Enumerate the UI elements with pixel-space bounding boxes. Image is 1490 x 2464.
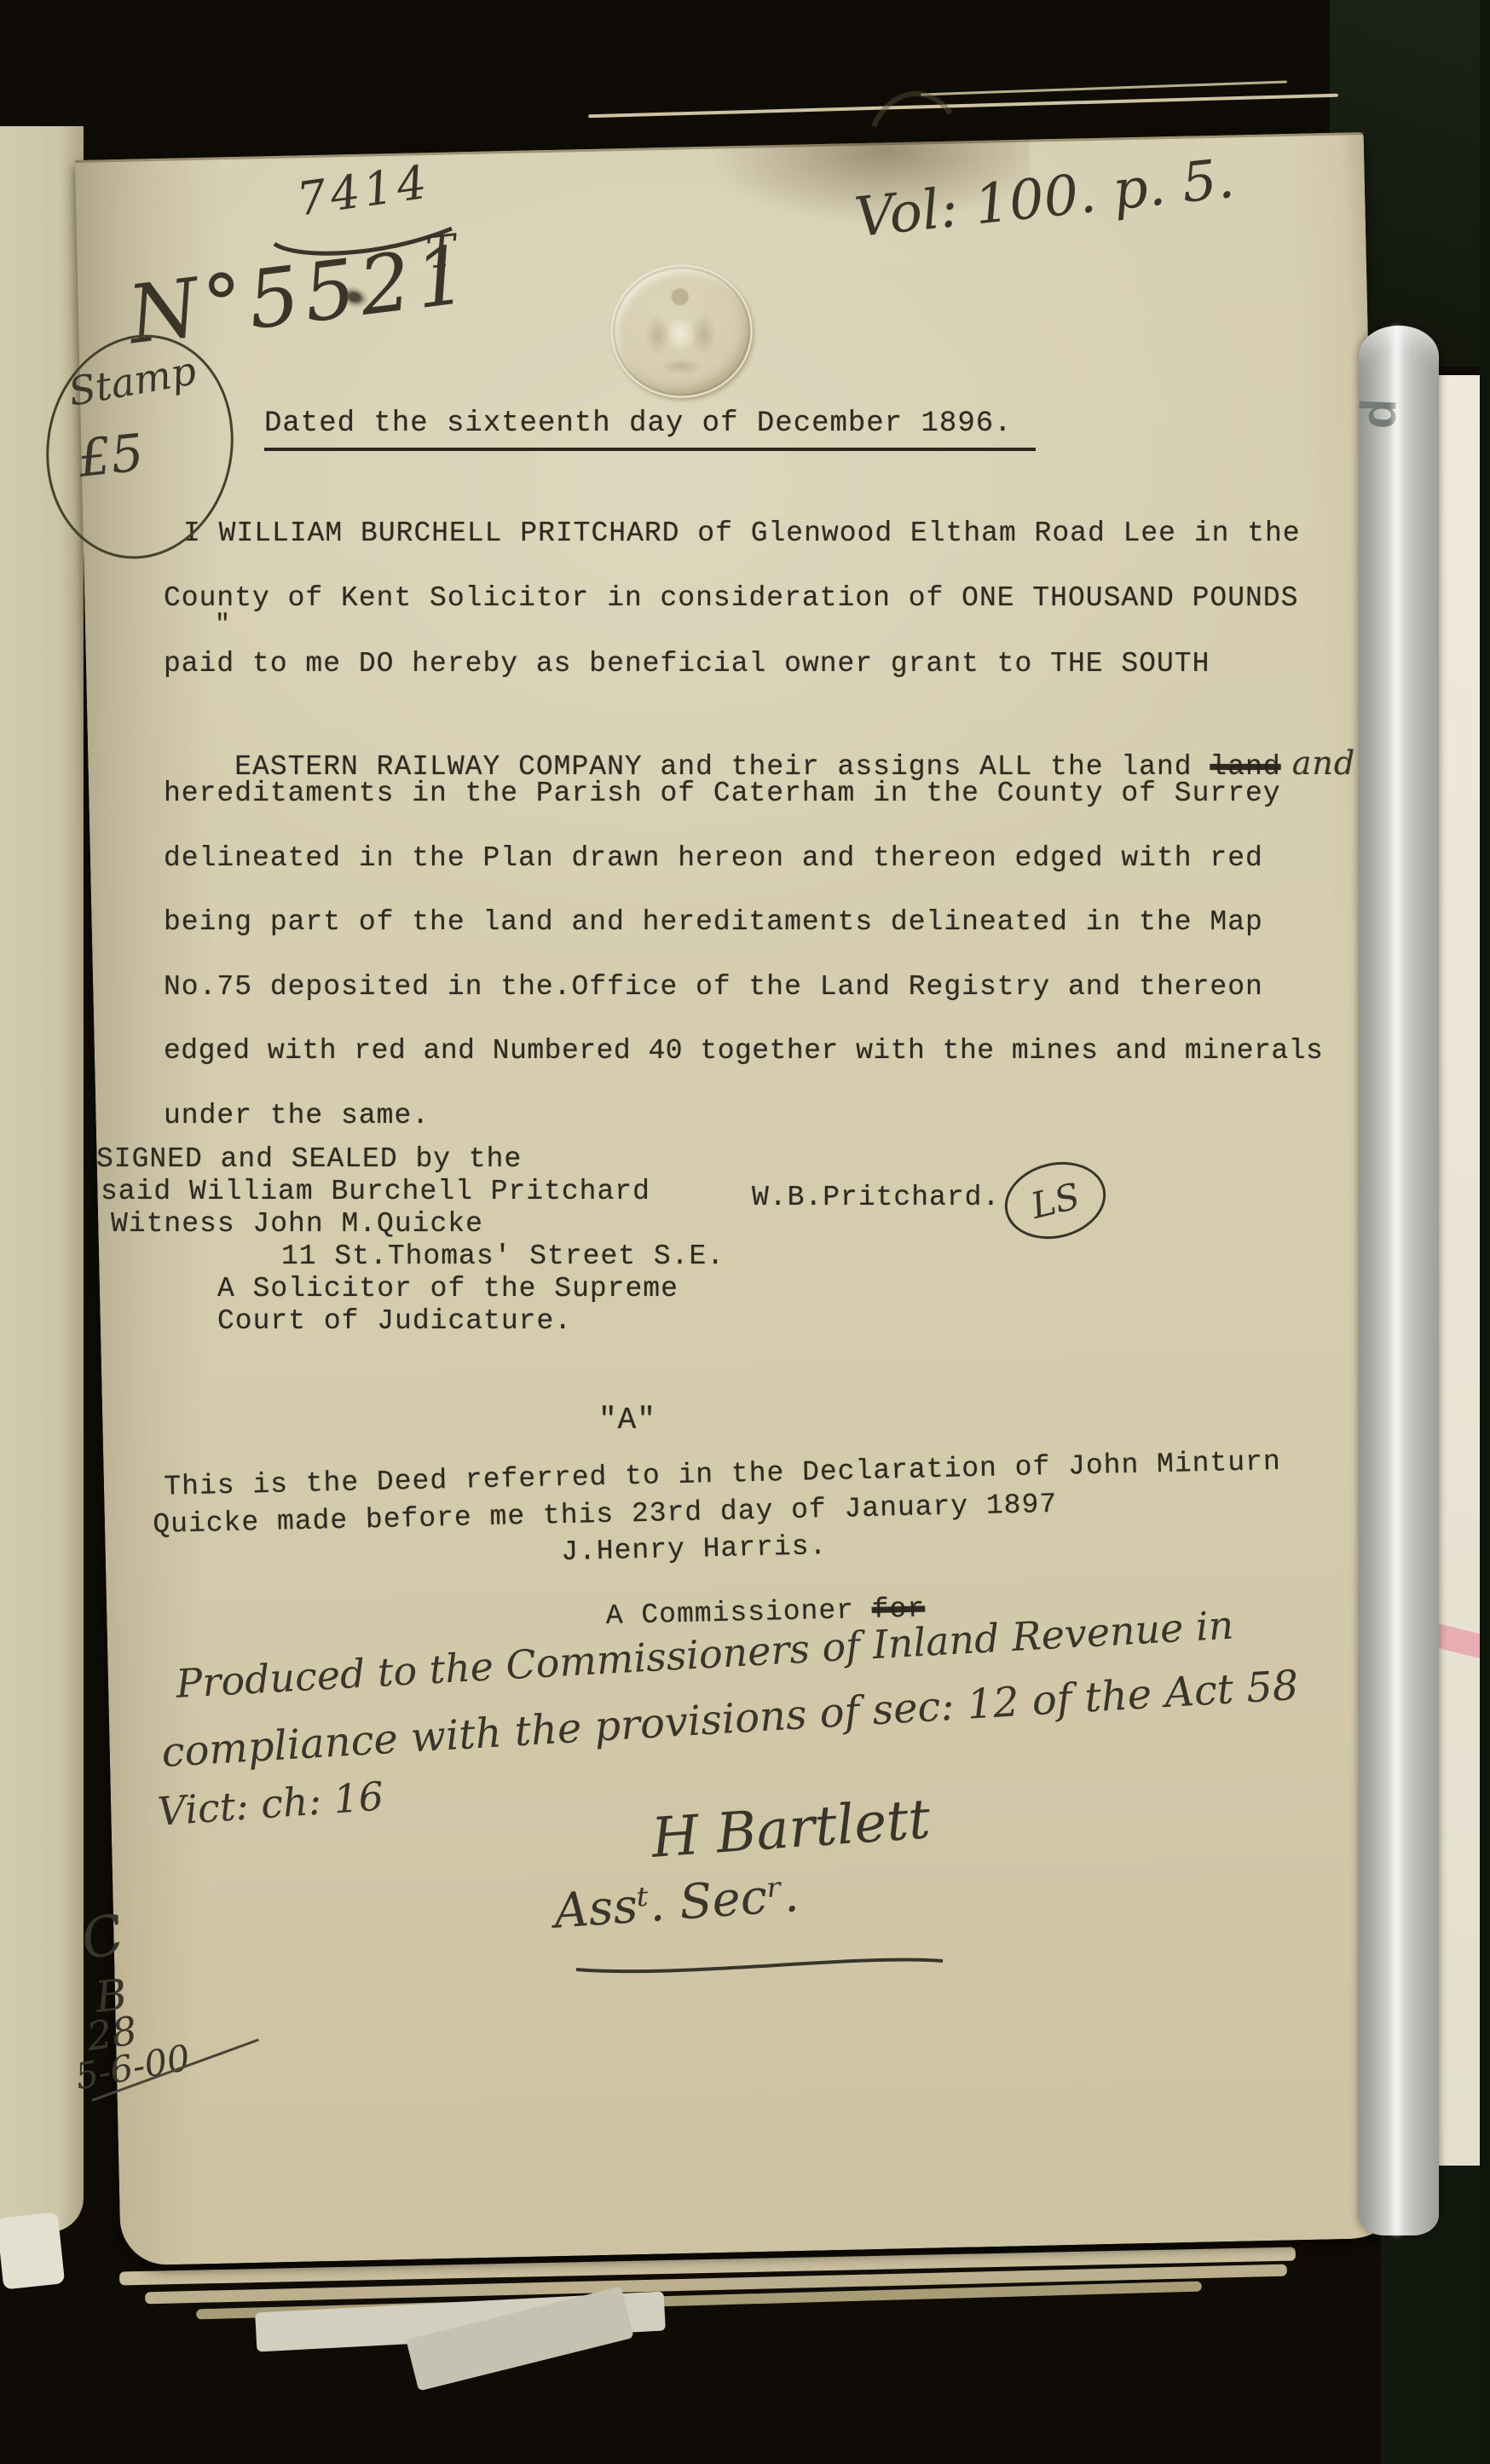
inserted-word-and: and	[1281, 744, 1356, 782]
declaration-block: This is the Deed referred to in the Decl…	[152, 1444, 1349, 1625]
book-cover-right-edge	[1480, 0, 1490, 2464]
declaration-line-1: This is the Deed referred to in the Decl…	[164, 1446, 1281, 1503]
deed-line-2: County of Kent Solicitor in consideratio…	[164, 582, 1298, 614]
attestation-line-5: A Solicitor of the Supreme	[217, 1273, 679, 1304]
grantor-signature: W.B.Pritchard.	[752, 1182, 1000, 1213]
ls-oval-seal-icon: LS	[996, 1152, 1114, 1249]
deed-line-6: delineated in the Plan drawn hereon and …	[164, 842, 1263, 874]
attestation-line-2: said William Burchell Pritchard	[101, 1176, 650, 1207]
attestation-line-6: Court of Judicature.	[217, 1305, 572, 1337]
deed-line-8: No.75 deposited in the.Office of the Lan…	[164, 971, 1263, 1003]
page-content: 7414 Vol: 100. p. 5. N°5521 T Stamp £5 D…	[0, 0, 1490, 2464]
heading-date-line: Dated the sixteenth day of December 1896…	[264, 408, 1036, 451]
deed-line-10: under the same.	[164, 1100, 430, 1131]
bartlett-title: Assᵗ. Secʳ.	[552, 1867, 800, 1940]
bartlett-signature: H Bartlett	[650, 1788, 933, 1871]
attestation-line-3: Witness John M.Quicke	[111, 1208, 483, 1240]
commissioner-signature: J.Henry Harris.	[561, 1530, 828, 1568]
type-correction-mark: ″	[215, 610, 231, 639]
volume-page-ref: Vol: 100. p. 5.	[852, 147, 1237, 250]
deed-line-9: edged with red and Numbered 40 together …	[164, 1035, 1323, 1067]
signature-flourish-underline	[573, 1951, 948, 1980]
seal-initials: LS	[1027, 1174, 1084, 1226]
exhibit-label: "A"	[598, 1403, 656, 1437]
deed-number-superscript: T	[424, 225, 459, 279]
attestation-line-4: 11 St.Thomas' Street S.E.	[281, 1241, 725, 1272]
deed-line-7: being part of the land and hereditaments…	[164, 906, 1263, 938]
attestation-line-1: SIGNED and SEALED by the	[96, 1143, 522, 1175]
deed-line-5: hereditaments in the Parish of Caterham …	[164, 778, 1281, 809]
revenue-note-line-3: Vict: ch: 16	[156, 1773, 385, 1834]
deed-line-1: I WILLIAM BURCHELL PRITCHARD of Glenwood…	[183, 518, 1301, 549]
deed-line-3: paid to me DO hereby as beneficial owner…	[164, 648, 1210, 680]
ref-number: 7414	[293, 154, 434, 226]
margin-fragment: C	[76, 1903, 130, 1974]
